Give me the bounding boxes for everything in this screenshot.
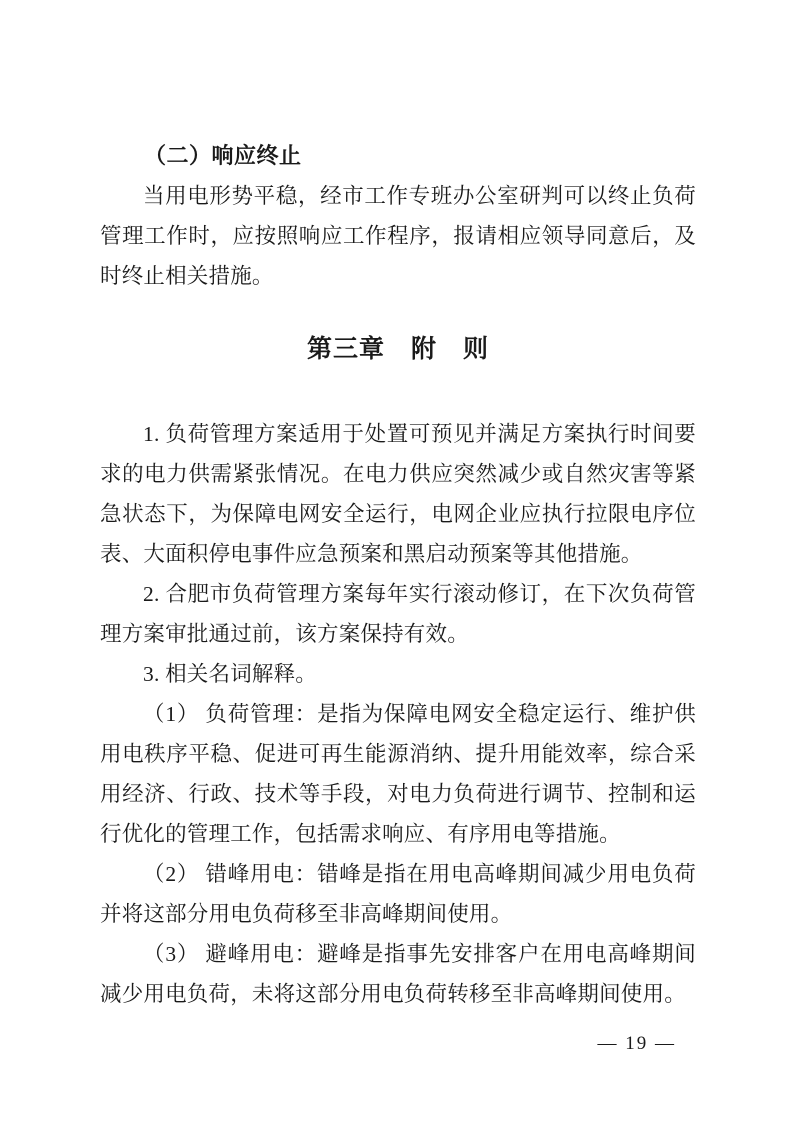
document-page: （二）响应终止 当用电形势平稳，经市工作专班办公室研判可以终止负荷管理工作时，应… — [0, 0, 794, 1123]
chapter-title: 第三章 附 则 — [100, 328, 696, 372]
paragraph-1: 1. 负荷管理方案适用于处置可预见并满足方案执行时间要求的电力供需紧张情况。在电… — [100, 414, 696, 574]
section-heading: （二）响应终止 — [100, 136, 696, 176]
section-paragraph: 当用电形势平稳，经市工作专班办公室研判可以终止负荷管理工作时，应按照响应工作程序… — [100, 176, 696, 296]
paragraph-2: 2. 合肥市负荷管理方案每年实行滚动修订，在下次负荷管理方案审批通过前，该方案保… — [100, 574, 696, 654]
paragraph-3: 3. 相关名词解释。 — [100, 654, 696, 694]
paragraph-definition-2: （2） 错峰用电：错峰是指在用电高峰期间减少用电负荷并将这部分用电负荷移至非高峰… — [100, 854, 696, 934]
paragraph-definition-1: （1） 负荷管理：是指为保障电网安全稳定运行、维护供用电秩序平稳、促进可再生能源… — [100, 694, 696, 854]
document-content: （二）响应终止 当用电形势平稳，经市工作专班办公室研判可以终止负荷管理工作时，应… — [100, 136, 696, 1014]
page-number: — 19 — — [598, 1030, 677, 1058]
paragraph-definition-3: （3） 避峰用电：避峰是指事先安排客户在用电高峰期间减少用电负荷，未将这部分用电… — [100, 934, 696, 1014]
